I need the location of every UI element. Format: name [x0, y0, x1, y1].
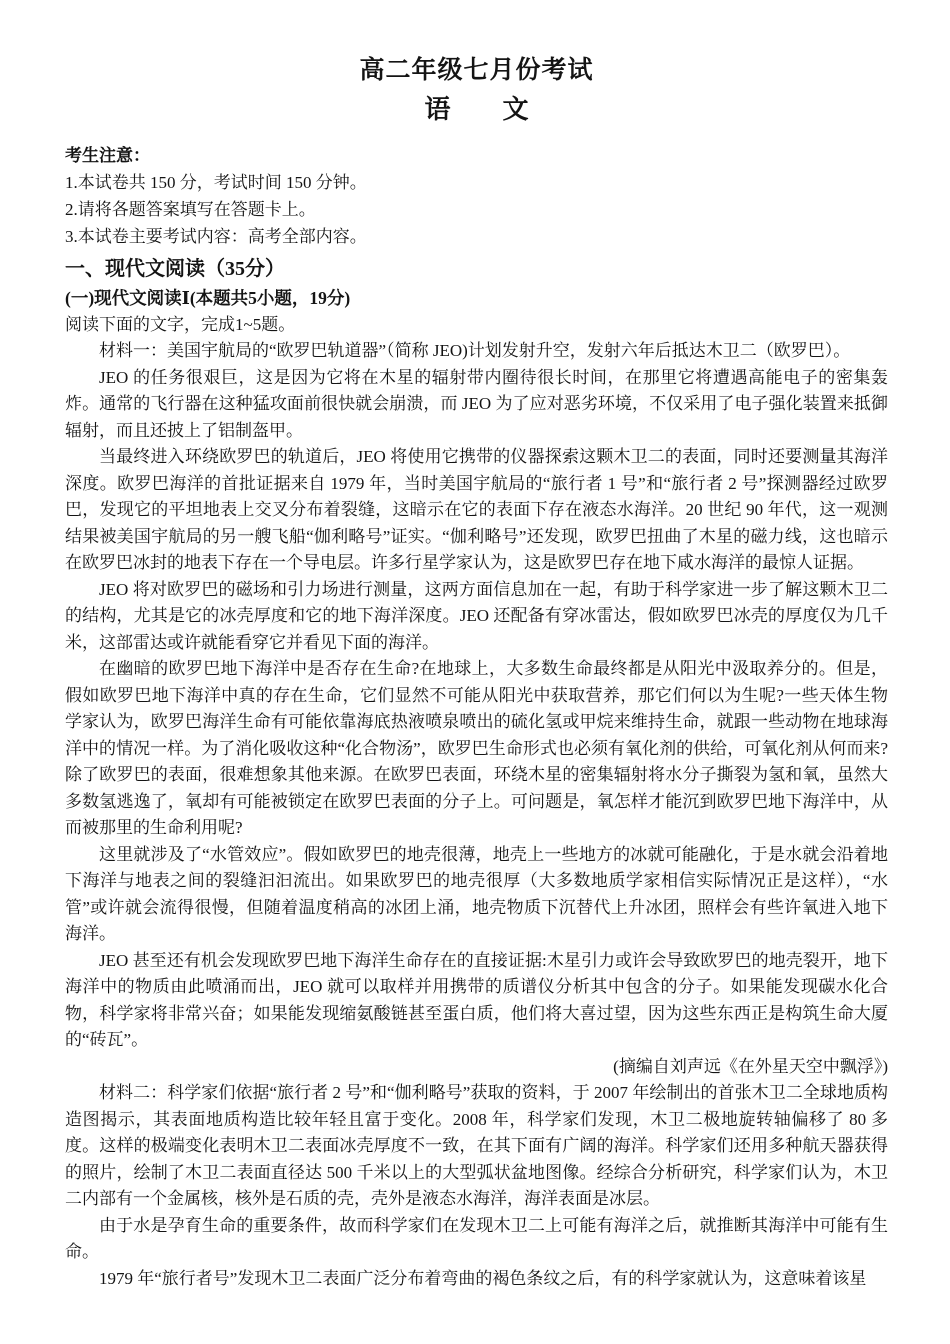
passage-material-one: 材料一：美国宇航局的“欧罗巴轨道器”（简称 JEO)计划发射升空，发射六年后抵达… [65, 338, 888, 1080]
exam-title: 高二年级七月份考试 [65, 54, 888, 88]
passage-paragraph: JEO 将对欧罗巴的磁场和引力场进行测量，这两方面信息加在一起，有助于科学家进一… [65, 577, 888, 657]
subject-title: 语 文 [65, 92, 888, 128]
candidate-notice: 考生注意： 1.本试卷共 150 分，考试时间 150 分钟。 2.请将各题答案… [65, 142, 888, 250]
passage-paragraph: 1979 年“旅行者号”发现木卫二表面广泛分布着弯曲的褐色条纹之后，有的科学家就… [65, 1266, 888, 1293]
subsection-heading-reading-1: (一)现代文阅读Ⅰ(本题共5小题，19分) [65, 284, 888, 312]
notice-item-2: 2.请将各题答案填写在答题卡上。 [65, 196, 888, 223]
source-attribution: (摘编自刘声远《在外星天空中飘浮》) [65, 1054, 888, 1081]
notice-item-1: 1.本试卷共 150 分，考试时间 150 分钟。 [65, 169, 888, 196]
notice-item-3: 3.本试卷主要考试内容：高考全部内容。 [65, 223, 888, 250]
exam-paper-page: 高二年级七月份考试 语 文 考生注意： 1.本试卷共 150 分，考试时间 15… [0, 0, 950, 1344]
passage-paragraph: 由于水是孕育生命的重要条件，故而科学家们在发现木卫二上可能有海洋之后，就推断其海… [65, 1213, 888, 1266]
passage-paragraph: 材料二：科学家们依据“旅行者 2 号”和“伽利略号”获取的资料，于 2007 年… [65, 1080, 888, 1213]
passage-paragraph: 材料一：美国宇航局的“欧罗巴轨道器”（简称 JEO)计划发射升空，发射六年后抵达… [65, 338, 888, 365]
passage-paragraph: 这里就涉及了“水管效应”。假如欧罗巴的地壳很薄，地壳上一些地方的冰就可能融化，于… [65, 842, 888, 948]
passage-paragraph: JEO 甚至还有机会发现欧罗巴地下海洋生命存在的直接证据:木星引力或许会导致欧罗… [65, 948, 888, 1054]
passage-paragraph: JEO 的任务很艰巨，这是因为它将在木星的辐射带内圈待很长时间，在那里它将遭遇高… [65, 365, 888, 445]
passage-material-two: 材料二：科学家们依据“旅行者 2 号”和“伽利略号”获取的资料，于 2007 年… [65, 1080, 888, 1292]
section-heading-modern-reading: 一、现代文阅读（35分） [65, 254, 888, 284]
notice-heading: 考生注意： [65, 142, 888, 169]
passage-paragraph: 在幽暗的欧罗巴地下海洋中是否存在生命?在地球上，大多数生命最终都是从阳光中汲取养… [65, 656, 888, 842]
reading-instruction: 阅读下面的文字，完成1~5题。 [65, 312, 888, 338]
passage-paragraph: 当最终进入环绕欧罗巴的轨道后，JEO 将使用它携带的仪器探索这颗木卫二的表面，同… [65, 444, 888, 577]
